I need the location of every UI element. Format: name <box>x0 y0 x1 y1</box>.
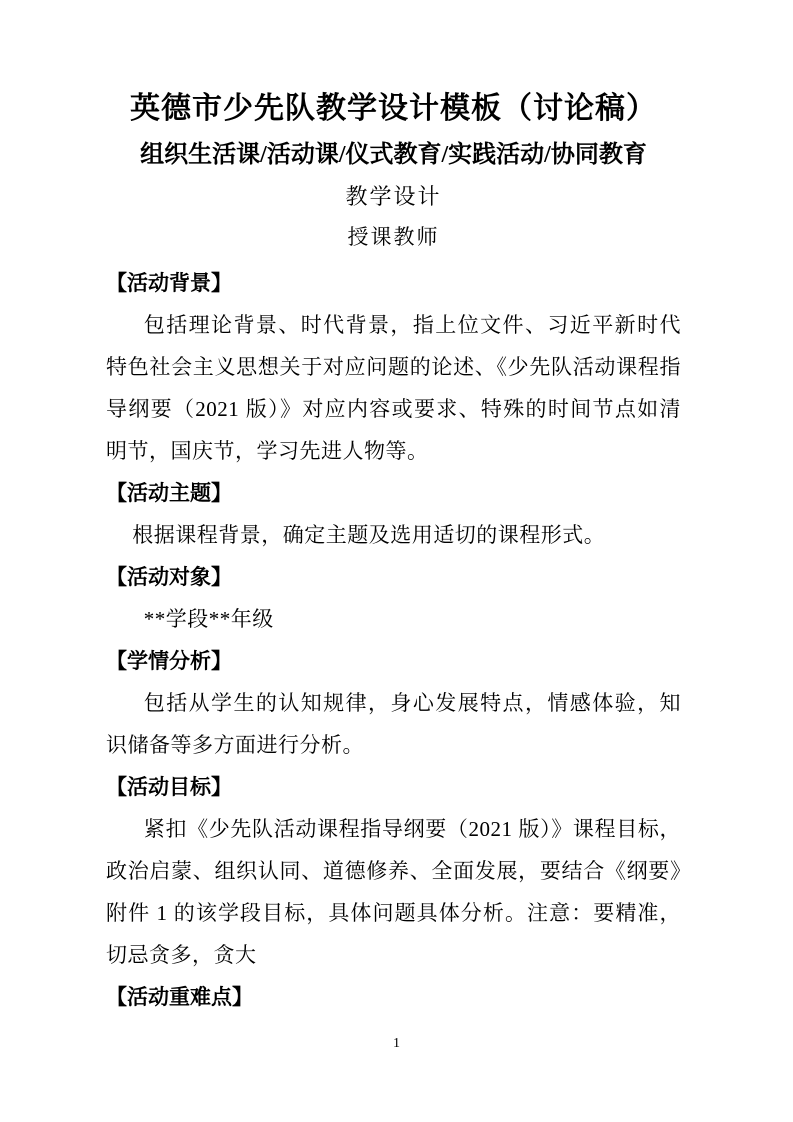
section-heading-activity-audience: 【活动对象】 <box>106 556 681 598</box>
document-title: 英德市少先队教学设计模板（讨论稿） <box>106 85 681 133</box>
document-subheading: 教学设计 <box>106 177 681 217</box>
section-body-learner-analysis: 包括从学生的认知规律，身心发展特点，情感体验，知识储备等多方面进行分析。 <box>106 682 681 766</box>
document-sections: 【活动背景】 包括理论背景、时代背景，指上位文件、习近平新时代特色社会主义思想关… <box>106 262 681 1018</box>
section-heading-activity-background: 【活动背景】 <box>106 262 681 304</box>
section-heading-activity-key-points: 【活动重难点】 <box>106 976 681 1018</box>
section-body-activity-audience: **学段**年级 <box>106 598 681 640</box>
document-page: 英德市少先队教学设计模板（讨论稿） 组织生活课/活动课/仪式教育/实践活动/协同… <box>0 0 793 1122</box>
section-heading-learner-analysis: 【学情分析】 <box>106 640 681 682</box>
document-subtitle: 组织生活课/活动课/仪式教育/实践活动/协同教育 <box>106 133 681 177</box>
section-body-activity-theme: 根据课程背景，确定主题及选用适切的课程形式。 <box>106 514 681 556</box>
section-body-activity-goals: 紧扣《少先队活动课程指导纲要（2021 版）》课程目标，政治启蒙、组织认同、道德… <box>106 808 681 976</box>
section-body-activity-background: 包括理论背景、时代背景，指上位文件、习近平新时代特色社会主义思想关于对应问题的论… <box>106 304 681 472</box>
page-number: 1 <box>0 1036 793 1052</box>
section-heading-activity-theme: 【活动主题】 <box>106 472 681 514</box>
document-byline: 授课教师 <box>106 217 681 257</box>
section-heading-activity-goals: 【活动目标】 <box>106 766 681 808</box>
